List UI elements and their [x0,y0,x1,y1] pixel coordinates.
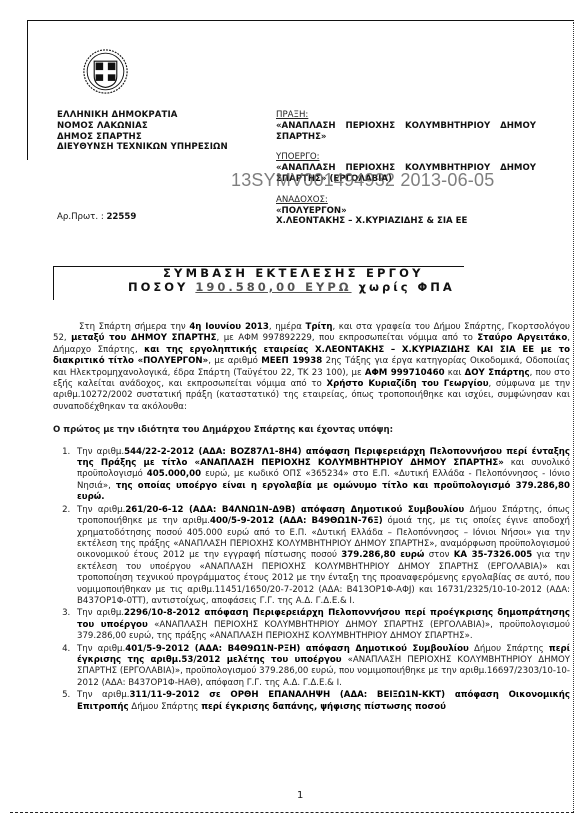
contract-amount: 190.580,00 ΕΥΡΩ [195,280,351,294]
anadoxos-name: «ΠΟΛΥΕΡΓΟΝ» [276,206,536,217]
greek-coat-of-arms-icon [82,48,129,95]
contract-body: Στη Σπάρτη σήμερα την 4η Ιουνίου 2013, η… [53,322,570,714]
page-number: 1 [297,790,303,801]
protocol-label: Αρ.Πρωτ. : [57,212,104,222]
list-item: Την αριθμ.401/5-9-2012 (ΑΔΑ: Β4Θ9Ω1Ν-ΡΞΗ… [73,644,570,690]
registry-watermark: 13SYMV001494932 2013-06-05 [231,170,494,191]
list-item: Την αριθμ.261/20-6-12 (ΑΔΑ: Β4ΛΝΩ1Ν-Δ9Β)… [73,505,570,608]
considerations-list: Την αριθμ.544/22-2-2012 (ΑΔΑ: ΒΟΖ87Λ1-8Η… [53,447,570,713]
ypoergo-label: ΥΠΟΕΡΓΟ: [276,152,536,163]
frame-border-bottom [10,812,574,813]
frame-border-right [573,22,574,812]
protocol-value: 22559 [106,212,136,222]
issuer-line: ΔΗΜΟΣ ΣΠΑΡΤΗΣ [57,132,228,143]
list-item: Την αριθμ.544/22-2-2012 (ΑΔΑ: ΒΟΖ87Λ1-8Η… [73,447,570,504]
issuer-line: ΝΟΜΟΣ ΛΑΚΩΝΙΑΣ [57,121,228,132]
praxi-value: «ΑΝΑΠΛΑΣΗ ΠΕΡΙΟΧΗΣ ΚΟΛΥΜΒΗΤΗΡΙΟΥ ΔΗΜΟΥ Σ… [276,121,536,143]
issuer-line: ΔΙΕΥΘΥΝΣΗ ΤΕΧΝΙΚΩΝ ΥΠΗΡΕΣΙΩΝ [57,142,228,153]
amount-suffix: χωρίς ΦΠΑ [359,280,455,294]
frame-border-top [27,20,574,21]
frame-border-left [27,20,28,160]
intro-paragraph: Στη Σπάρτη σήμερα την 4η Ιουνίου 2013, η… [53,322,570,413]
amount-prefix: ΠΟΣΟΥ [128,280,188,294]
protocol-number: Αρ.Πρωτ. : 22559 [57,212,136,222]
contract-amount-line: ΠΟΣΟΥ 190.580,00 ΕΥΡΩ χωρίς ΦΠΑ [128,280,455,294]
lead-sentence: Ο πρώτος με την ιδιότητα του Δημάρχου Σπ… [53,425,570,436]
project-info-block: ΠΡΑΞΗ: «ΑΝΑΠΛΑΣΗ ΠΕΡΙΟΧΗΣ ΚΟΛΥΜΒΗΤΗΡΙΟΥ … [276,110,536,227]
anadoxos-partners: Χ.ΛΕΟΝΤΑΚΗΣ – Χ.ΚΥΡΙΑΖΙΔΗΣ & ΣΙΑ ΕΕ [276,216,536,227]
list-item: Την αριθμ.311/11-9-2012 σε ΟΡΘΗ ΕΠΑΝΑΛΗΨ… [73,690,570,713]
contract-title: ΣΥΜΒΑΣΗ ΕΚΤΕΛΕΣΗΣ ΕΡΓΟΥ [163,266,424,280]
anadoxos-label: ΑΝΑΔΟΧΟΣ: [276,195,536,206]
issuer-line: ΕΛΛΗΝΙΚΗ ΔΗΜΟΚΡΑΤΙΑ [57,110,228,121]
praxi-label: ΠΡΑΞΗ: [276,110,536,121]
list-item: Την αριθμ.2296/10-8-2012 απόφαση Περιφερ… [73,608,570,642]
issuer-block: ΕΛΛΗΝΙΚΗ ΔΗΜΟΚΡΑΤΙΑ ΝΟΜΟΣ ΛΑΚΩΝΙΑΣ ΔΗΜΟΣ… [57,110,228,153]
